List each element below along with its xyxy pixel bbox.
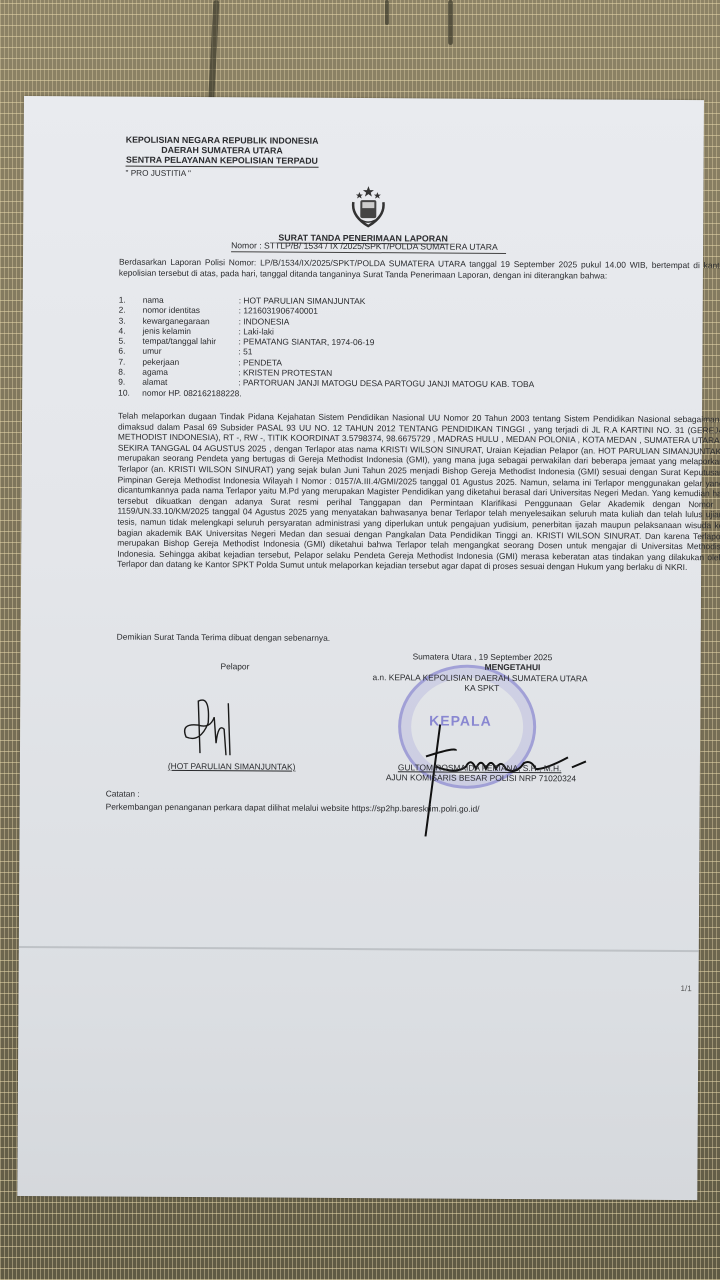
wall-stain xyxy=(385,0,389,25)
letterhead: KEPOLISIAN NEGARA REPUBLIK INDONESIA DAE… xyxy=(126,135,319,168)
identity-row: 10.nomor HP. 082162188228. xyxy=(118,387,678,401)
letterhead-line-1: KEPOLISIAN NEGARA REPUBLIK INDONESIA xyxy=(126,135,319,146)
letterhead-line-3: SENTRA PELAYANAN KEPOLISIAN TERPADU xyxy=(126,155,319,168)
document-paper: KEPOLISIAN NEGARA REPUBLIK INDONESIA DAE… xyxy=(17,96,704,1200)
unit-label: KA SPKT xyxy=(464,683,499,694)
page-number: 1/1 xyxy=(681,984,692,995)
wall-stain xyxy=(448,0,453,45)
police-emblem-icon xyxy=(341,184,395,230)
intro-paragraph: Berdasarkan Laporan Polisi Nomor: LP/B/1… xyxy=(119,257,720,282)
identity-list: 1.nama: HOT PARULIAN SIMANJUNTAK 2.nomor… xyxy=(118,295,679,401)
closing-statement: Demikian Surat Tanda Terima dibuat denga… xyxy=(117,632,330,644)
reporter-label: Pelapor xyxy=(220,661,249,672)
reporter-name: (HOT PARULIAN SIMANJUNTAK) xyxy=(168,761,296,772)
document-number: Nomor : STTLP/B/ 1534 / IX /2025/SPKT/PO… xyxy=(231,240,506,253)
document-content: KEPOLISIAN NEGARA REPUBLIK INDONESIA DAE… xyxy=(24,96,704,100)
acknowledged-label: MENGETAHUI xyxy=(412,661,612,673)
paper-fold xyxy=(19,946,699,952)
report-body: Telah melaporkan dugaan Tindak Pidana Ke… xyxy=(117,411,720,574)
motto: " PRO JUSTITIA " xyxy=(125,169,190,180)
note-text: Perkembangan penanganan perkara dapat di… xyxy=(106,802,480,815)
officer-rank: AJUN KOMISARIS BESAR POLISI NRP 71020324 xyxy=(386,772,576,784)
note-label: Catatan : xyxy=(106,789,140,800)
reporter-signature xyxy=(180,693,250,763)
